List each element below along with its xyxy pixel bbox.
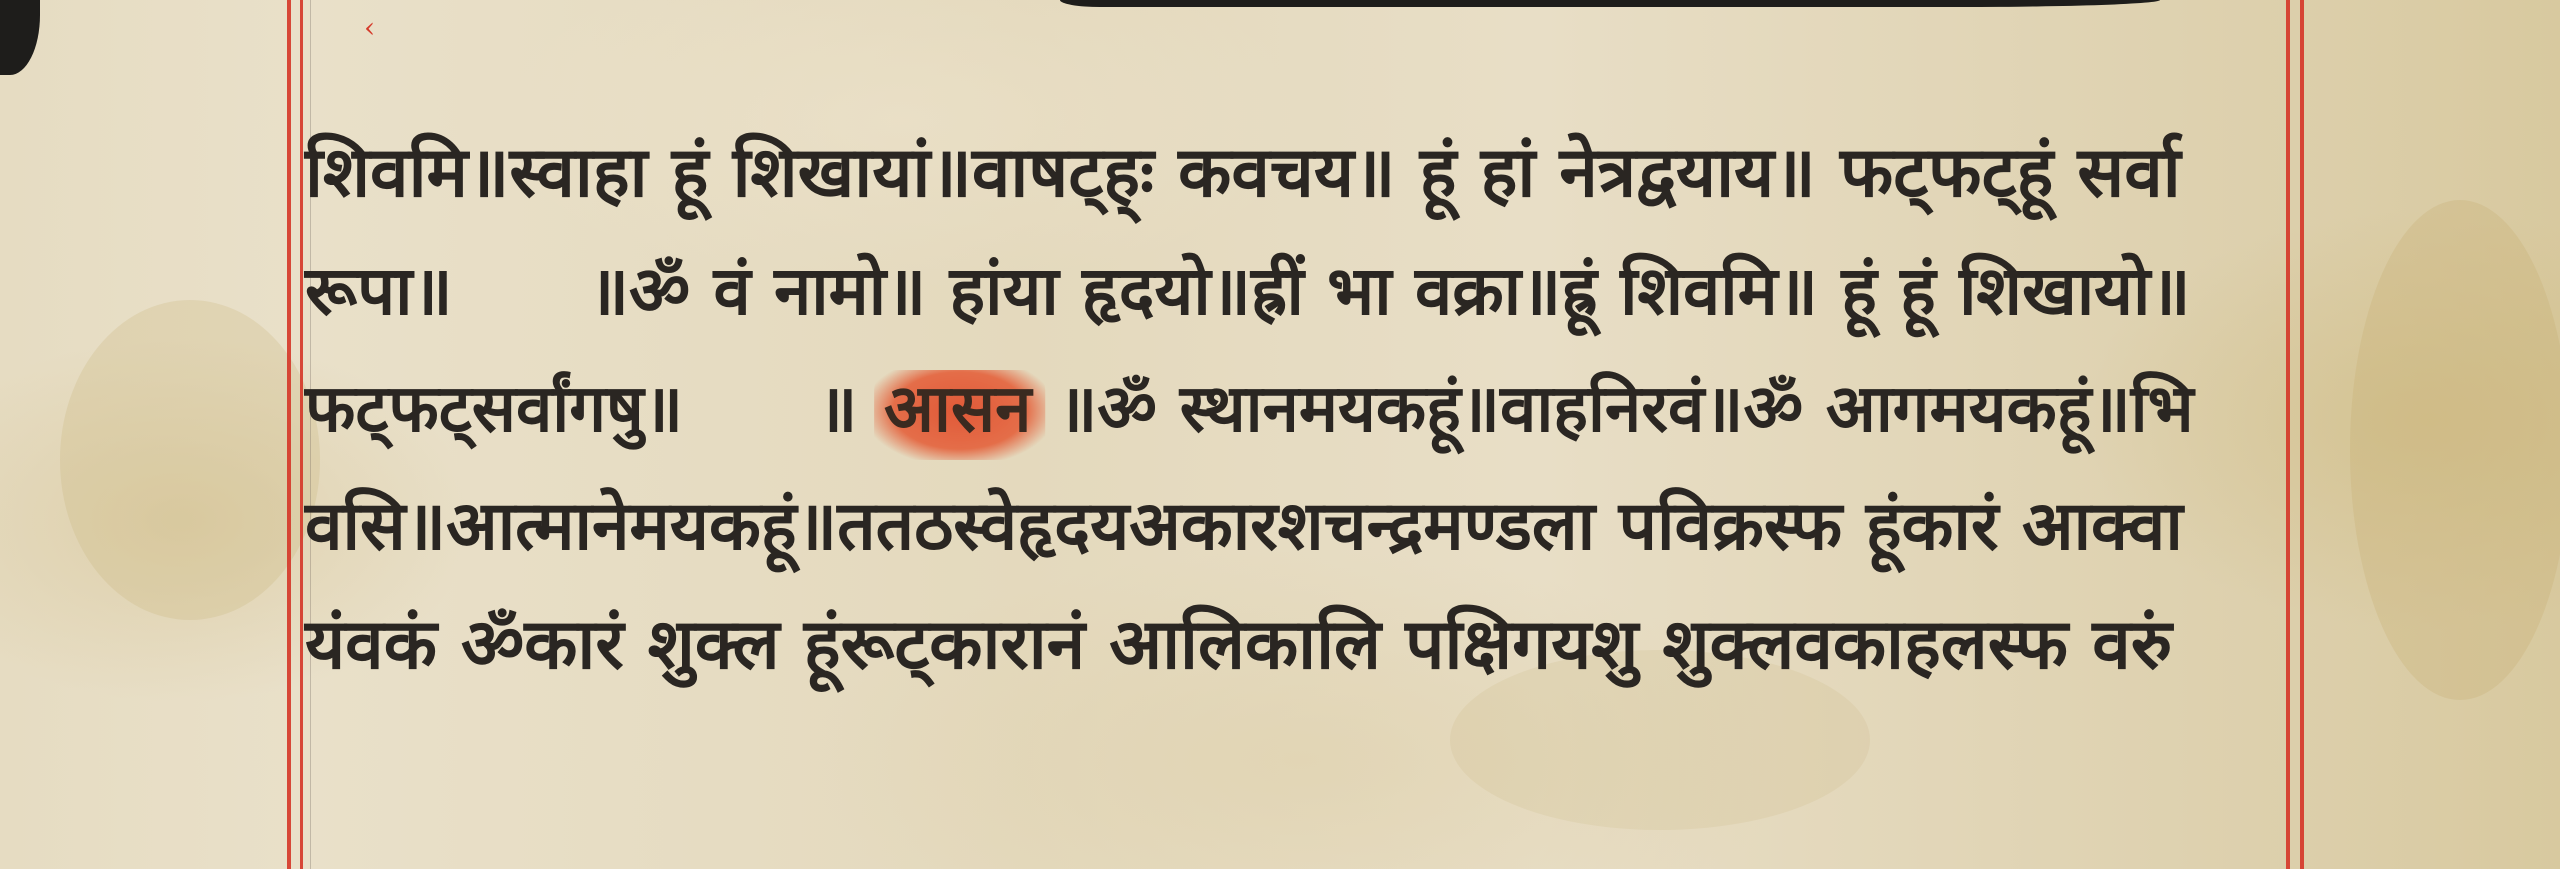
text-segment: यंवकं ॐकारं शुक्ल हूंरूट्कारानं आलिकालि … — [305, 600, 2172, 690]
text-segment: ॥ — [818, 364, 857, 454]
black-backing-corner — [0, 0, 40, 75]
paper-stain — [2350, 200, 2560, 700]
text-segment: वसि॥आत्मानेमयकहूं॥ततठस्वेहृदयअकारशचन्द्र… — [305, 482, 2183, 572]
right-margin-rule-outer — [2300, 0, 2304, 869]
text-line-1: शिवमि॥स्वाहा हूं शिखायां॥वाषट्ह्ः कवचय॥ … — [305, 128, 2280, 246]
corner-mark: ‹ — [364, 14, 375, 42]
black-backing-edge — [1060, 0, 2160, 7]
text-block: शिवमि॥स्वाहा हूं शिखायां॥वाषट्ह्ः कवचय॥ … — [305, 128, 2290, 718]
text-segment: फट्फट्सर्वांगषु॥ — [305, 364, 683, 454]
rubric-text: आसन — [884, 364, 1031, 454]
text-segment: शिवमि॥स्वाहा हूं शिखायां॥वाषट्ह्ः कवचय॥ … — [305, 128, 2181, 218]
text-segment: रूपा॥ — [305, 246, 453, 336]
left-margin-rule-inner — [300, 0, 303, 869]
text-line-5: यंवकं ॐकारं शुक्ल हूंरूट्कारानं आलिकालि … — [305, 600, 2280, 718]
text-segment: ॥ॐ स्थानमयकहूं॥वाहनिरवं॥ॐ आगमयकहूं॥भि — [1058, 364, 2193, 454]
text-line-4: वसि॥आत्मानेमयकहूं॥ततठस्वेहृदयअकारशचन्द्र… — [305, 482, 2280, 600]
text-segment: ॥ॐ वं नामो॥ हांया हृदयो॥ह्रीं भा वक्रा॥ह… — [589, 246, 2191, 336]
paper-stain — [60, 300, 320, 620]
red-rubric-highlight: आसन — [880, 364, 1035, 454]
manuscript-folio: ‹ शिवमि॥स्वाहा हूं शिखायां॥वाषट्ह्ः कवचय… — [0, 0, 2560, 869]
text-line-2: रूपा॥ ॥ॐ वं नामो॥ हांया हृदयो॥ह्रीं भा व… — [305, 246, 2280, 364]
text-line-3: फट्फट्सर्वांगषु॥ ॥ आसन ॥ॐ स्थानमयकहूं॥वा… — [305, 364, 2280, 482]
left-margin-rule-outer — [287, 0, 291, 869]
